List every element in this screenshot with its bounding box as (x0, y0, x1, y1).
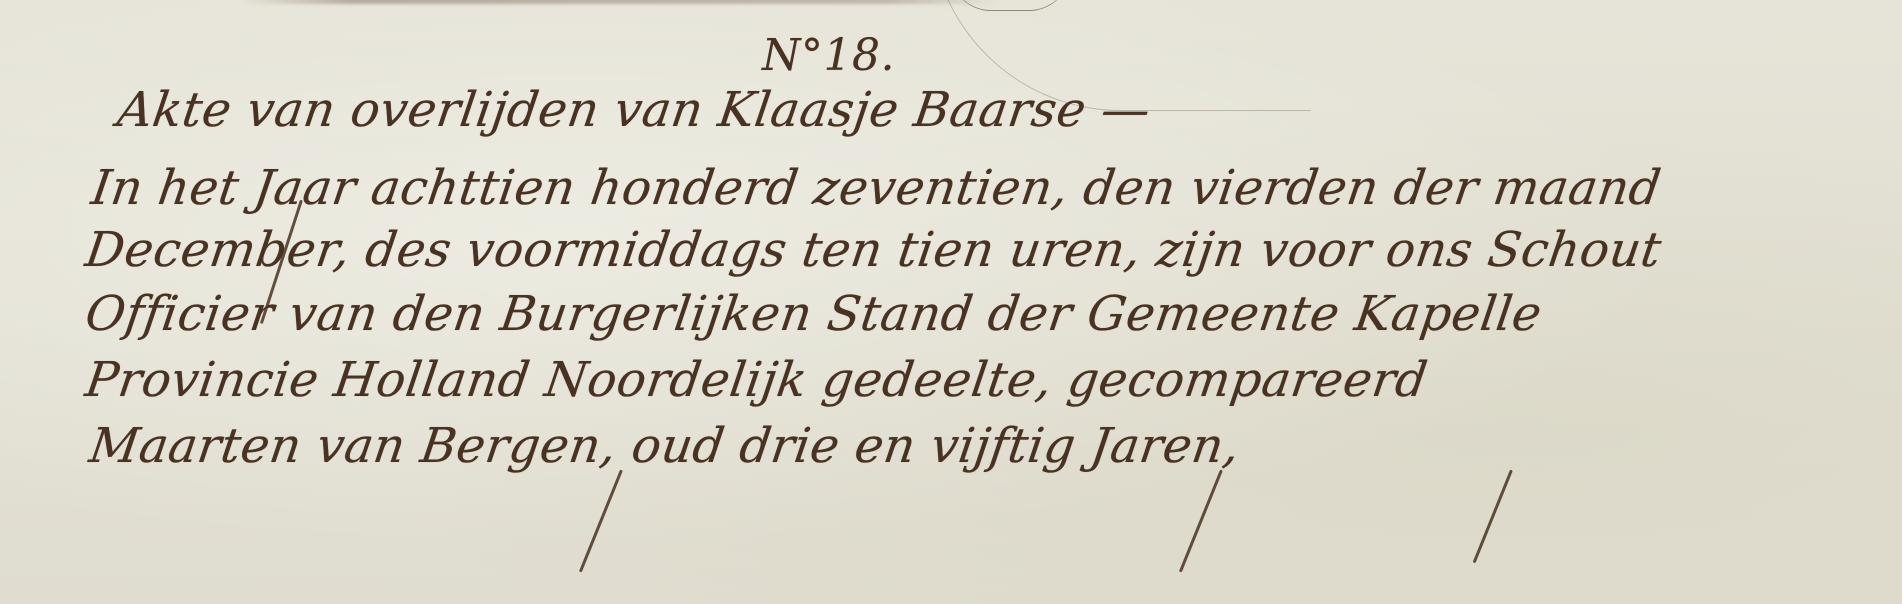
ink-smudge (240, 0, 1000, 4)
record-title-line: Akte van overlijden van Klaasje Baarse — (114, 82, 1154, 138)
pen-stroke (1179, 469, 1223, 572)
pen-stroke (579, 469, 623, 572)
record-number: N°18. (762, 30, 895, 81)
document-page: N°18. Akte van overlijden van Klaasje Ba… (0, 0, 1902, 604)
record-text-line: Maarten van Bergen, oud drie en vijftig … (86, 418, 1243, 474)
record-text-line: Provincie Holland Noordelijk gedeelte, g… (82, 352, 1431, 408)
pen-stroke (1473, 469, 1513, 563)
record-text-line: Officier van den Burgerlijken Stand der … (82, 286, 1545, 342)
record-text-line: December, des voormiddags ten tien uren,… (82, 222, 1665, 278)
record-text-line: In het Jaar achttien honderd zeventien, … (88, 160, 1665, 216)
